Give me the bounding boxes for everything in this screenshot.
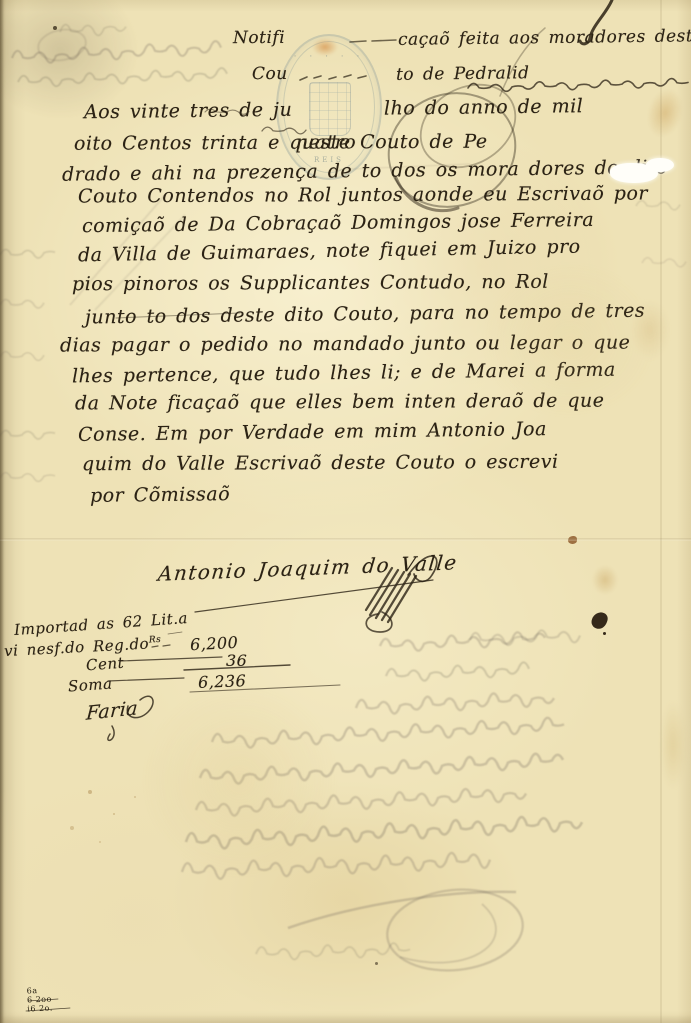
corner-note-line: i6 2o.	[27, 1004, 53, 1014]
header-couto-word-start: Cou	[252, 64, 288, 84]
corner-note: 6a 6 2oo i6 2o.	[27, 986, 53, 1014]
account-title: Importad as 62 Lit.a	[14, 609, 189, 639]
clerk-signature-faria: Faria	[85, 697, 138, 725]
handwritten-line: drado e ahi na prezença de to dos os mor…	[62, 156, 668, 185]
handwritten-line: dias pagar o pedido no mandado junto ou …	[60, 332, 631, 357]
handwritten-line: oito Centos trinta e quatro neste Couto …	[74, 131, 356, 154]
label-text: vi nesf.do Reg.do	[4, 635, 150, 661]
manuscript-page: · · · · · REIS Notifi caçaõ feita aos mo…	[0, 0, 691, 1023]
account-row3-label: Soma	[67, 674, 113, 695]
line-segment: Aos vinte tres de ju	[84, 99, 293, 124]
handwritten-line: junto to dos deste dito Couto, para no t…	[85, 300, 645, 329]
superscript-rs: Rs	[149, 635, 162, 646]
account-row2-label: Cent	[85, 654, 124, 675]
handwritten-line: comiçaõ de Da Cobraçaõ Domingos jose Fer…	[82, 209, 594, 237]
header-couto-word-end: to de Pedralid	[396, 63, 530, 85]
account-row3-value: 6,236	[198, 671, 247, 692]
header-notification-word-end: caçaõ feita aos moradores deste	[398, 26, 691, 50]
signature-antonio-joaquim-do-valle: Antonio Joaquim do Valle	[157, 550, 459, 586]
account-row2-value: 36	[226, 651, 247, 670]
handwritten-line: da Note ficaçaõ que elles bem inten dera…	[75, 390, 605, 415]
line-segment: lho do anno de mil	[384, 95, 584, 119]
handwritten-line: pios pinoros os Supplicantes Contudo, no…	[72, 271, 549, 295]
handwritten-line: da Villa de Guimaraes, note fiquei em Ju…	[78, 236, 581, 267]
line-segment: neste Couto de Pe	[296, 131, 488, 154]
handwritten-line: Aos vinte tres de ju lho do anno de mil	[84, 99, 293, 124]
handwriting-layer: Notifi caçaõ feita aos moradores deste C…	[0, 0, 691, 1023]
handwritten-line: quim do Valle Escrivaõ deste Couto o esc…	[82, 451, 559, 475]
handwritten-line: lhes pertence, que tudo lhes li; e de Ma…	[72, 359, 616, 388]
header-notification-word-start: Notifi	[233, 28, 285, 48]
handwritten-line: por Cõmissaõ	[90, 483, 230, 507]
handwritten-line: Couto Contendos no Rol juntos aonde eu E…	[78, 183, 648, 208]
handwritten-line: Conse. Em por Verdade em mim Antonio Joa	[78, 418, 547, 446]
